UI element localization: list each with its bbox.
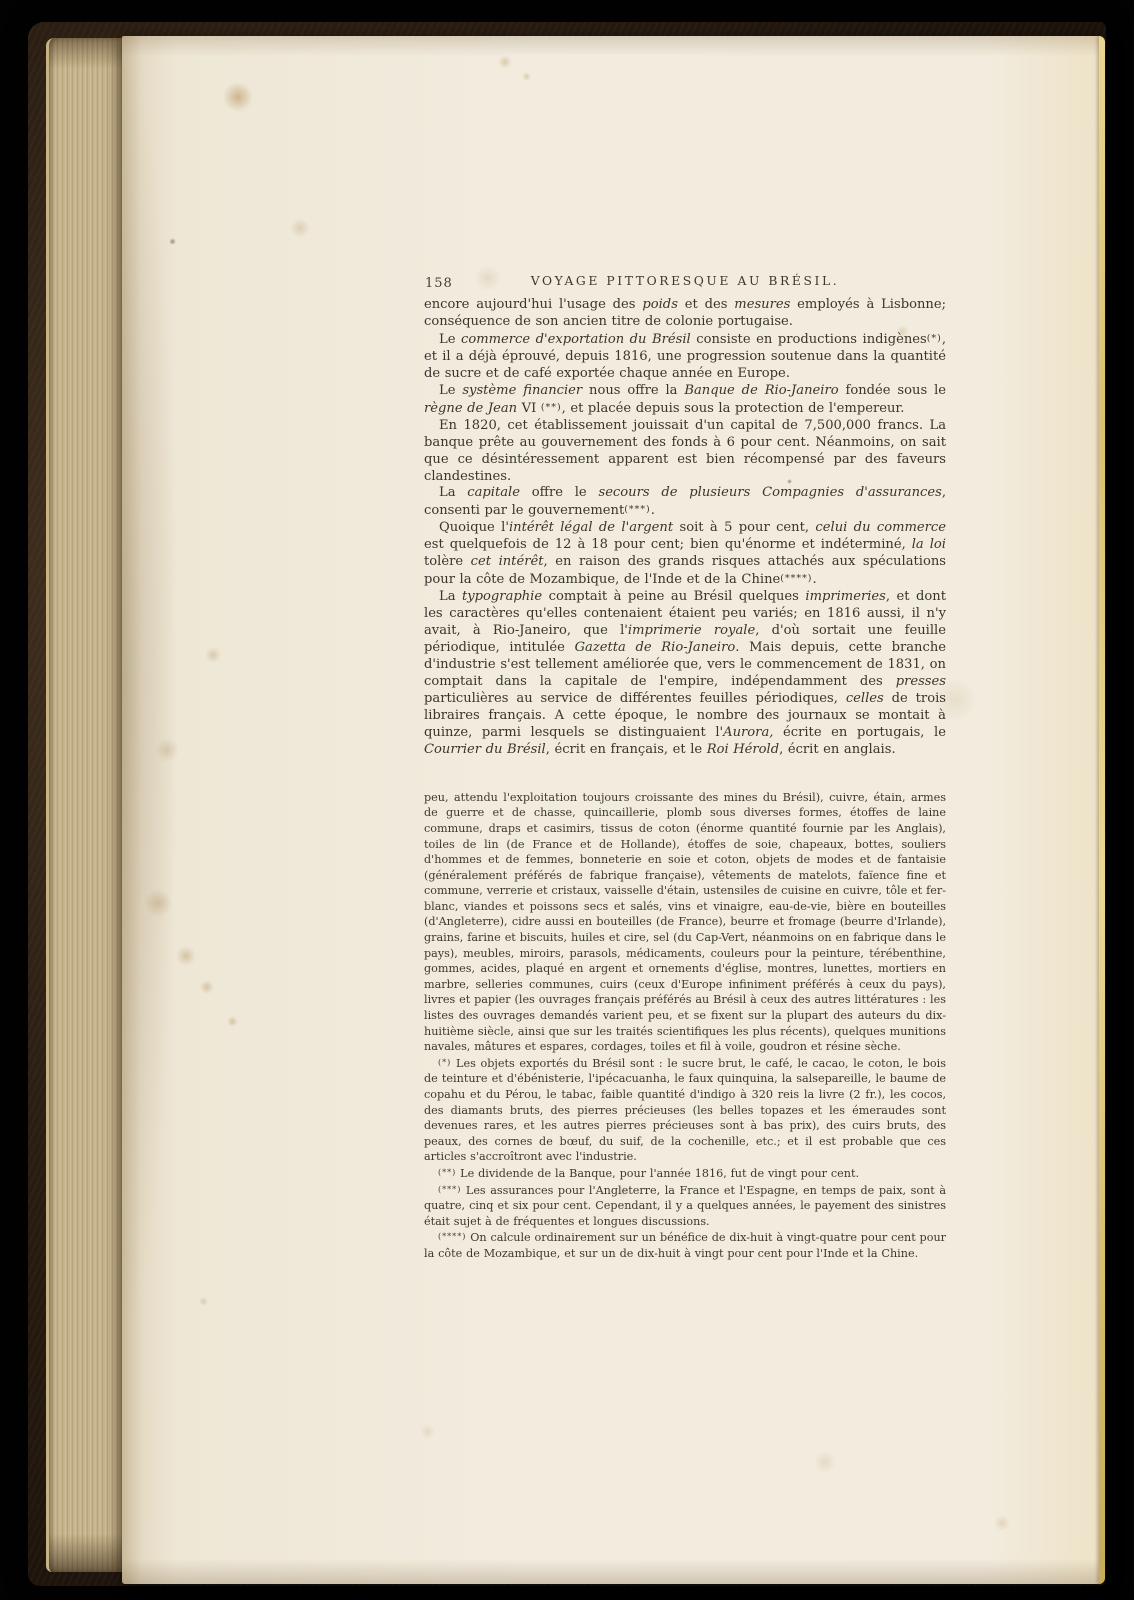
body-paragraph: La typographie comptait à peine au Brési… bbox=[424, 589, 946, 759]
photo-background: 158 VOYAGE PITTORESQUE AU BRÉSIL. encore… bbox=[0, 0, 1134, 1600]
body-paragraph: La capitale offre le secours de plusieur… bbox=[424, 485, 946, 520]
footnote-paragraph: (****) On calcule ordinairement sur un b… bbox=[424, 1229, 946, 1261]
text-column: 158 VOYAGE PITTORESQUE AU BRÉSIL. encore… bbox=[424, 274, 946, 1262]
book-page: 158 VOYAGE PITTORESQUE AU BRÉSIL. encore… bbox=[122, 36, 1105, 1584]
body-paragraph: Quoique l'intérêt légal de l'argent soit… bbox=[424, 520, 946, 589]
running-title: VOYAGE PITTORESQUE AU BRÉSIL. bbox=[424, 274, 946, 288]
footnote-paragraph: (**) Le dividende de la Banque, pour l'a… bbox=[424, 1165, 946, 1182]
body-paragraph: Le commerce d'exportation du Brésil cons… bbox=[424, 331, 946, 383]
body-paragraph: Le système financier nous offre la Banqu… bbox=[424, 383, 946, 418]
footnotes-section: peu, attendu l'exploitation toujours cro… bbox=[424, 790, 946, 1262]
page-number: 158 bbox=[425, 276, 453, 291]
main-text: encore aujourd'hui l'usage des poids et … bbox=[424, 297, 946, 759]
footnote-paragraph: peu, attendu l'exploitation toujours cro… bbox=[424, 790, 946, 1055]
page-header: 158 VOYAGE PITTORESQUE AU BRÉSIL. bbox=[424, 274, 946, 290]
footnote-paragraph: (***) Les assurances pour l'Angleterre, … bbox=[424, 1182, 946, 1230]
body-paragraph: encore aujourd'hui l'usage des poids et … bbox=[424, 297, 946, 331]
body-paragraph: En 1820, cet établissement jouissait d'u… bbox=[424, 418, 946, 486]
book-page-edges bbox=[46, 38, 127, 1572]
footnote-paragraph: (*) Les objets exportés du Brésil sont :… bbox=[424, 1055, 946, 1165]
